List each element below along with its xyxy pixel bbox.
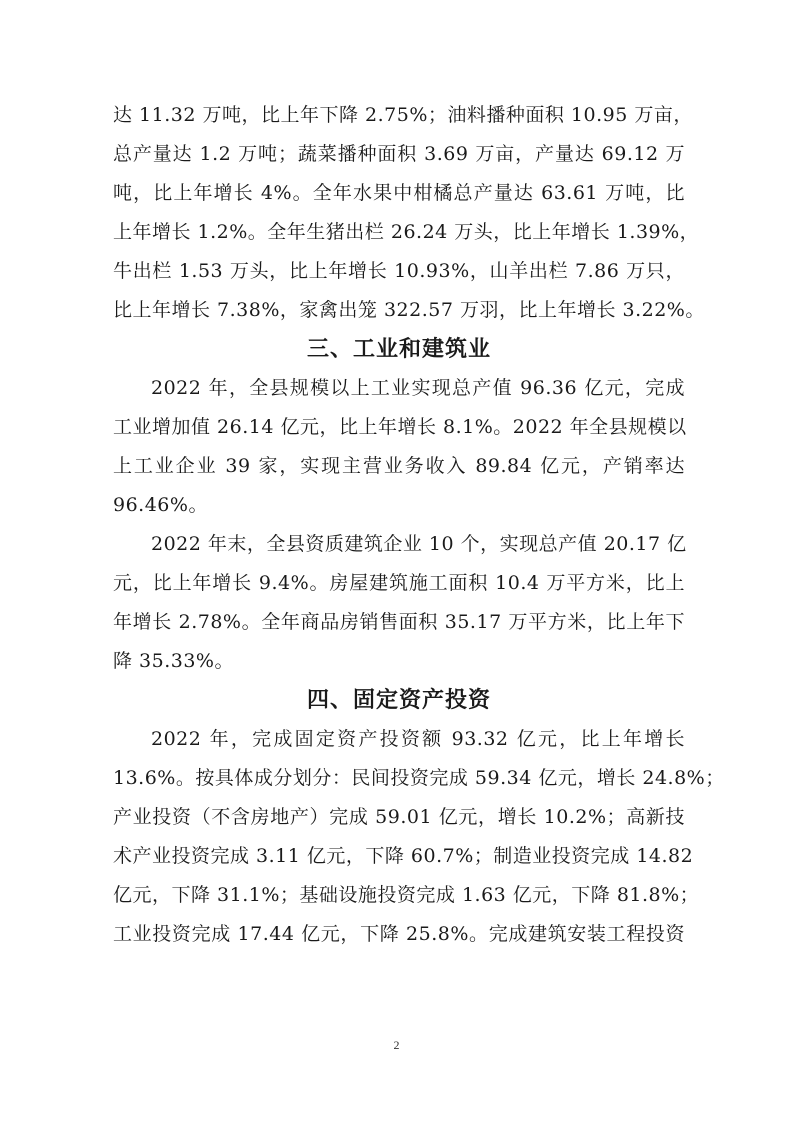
text-line: 元，比上年增长 9.4%。房屋建筑施工面积 10.4 万平方米，比上 [113,564,685,603]
text-line: 术产业投资完成 3.11 亿元，下降 60.7%；制造业投资完成 14.82 [113,837,685,876]
paragraph-construction: 2022 年末，全县资质建筑企业 10 个，实现总产值 20.17 亿 元，比上… [113,525,685,681]
text-line: 上工业企业 39 家，实现主营业务收入 89.84 亿元，产销率达 [113,447,685,486]
text-line: 吨，比上年增长 4%。全年水果中柑橘总产量达 63.61 万吨，比 [113,174,685,213]
paragraph-industry: 2022 年，全县规模以上工业实现总产值 96.36 亿元，完成 工业增加值 2… [113,369,685,525]
paragraph-investment: 2022 年，完成固定资产投资额 93.32 亿元，比上年增长 13.6%。按具… [113,720,685,954]
text-line: 牛出栏 1.53 万头，比上年增长 10.93%，山羊出栏 7.86 万只， [113,252,685,291]
text-line: 亿元，下降 31.1%；基础设施投资完成 1.63 亿元，下降 81.8%； [113,876,685,915]
text-line: 总产量达 1.2 万吨；蔬菜播种面积 3.69 万亩，产量达 69.12 万 [113,135,685,174]
section-heading-industry-construction: 三、工业和建筑业 [113,330,685,369]
text-line: 比上年增长 7.38%，家禽出笼 322.57 万羽，比上年增长 3.22%。 [113,291,685,330]
text-line: 达 11.32 万吨，比上年下降 2.75%；油料播种面积 10.95 万亩， [113,96,685,135]
text-line: 产业投资（不含房地产）完成 59.01 亿元，增长 10.2%；高新技 [113,798,685,837]
paragraph-agriculture-continued: 达 11.32 万吨，比上年下降 2.75%；油料播种面积 10.95 万亩， … [113,96,685,330]
text-line: 降 35.33%。 [113,642,685,681]
text-line: 96.46%。 [113,486,685,525]
text-line: 上年增长 1.2%。全年生猪出栏 26.24 万头，比上年增长 1.39%， [113,213,685,252]
text-line: 2022 年，完成固定资产投资额 93.32 亿元，比上年增长 [113,720,685,759]
text-line: 2022 年，全县规模以上工业实现总产值 96.36 亿元，完成 [113,369,685,408]
text-line: 13.6%。按具体成分划分：民间投资完成 59.34 亿元，增长 24.8%； [113,759,685,798]
document-page: 达 11.32 万吨，比上年下降 2.75%；油料播种面积 10.95 万亩， … [113,96,685,954]
text-line: 工业增加值 26.14 亿元，比上年增长 8.1%。2022 年全县规模以 [113,408,685,447]
text-line: 2022 年末，全县资质建筑企业 10 个，实现总产值 20.17 亿 [113,525,685,564]
text-line: 年增长 2.78%。全年商品房销售面积 35.17 万平方米，比上年下 [113,603,685,642]
section-heading-fixed-asset-investment: 四、固定资产投资 [113,681,685,720]
page-number: 2 [0,1038,793,1053]
text-line: 工业投资完成 17.44 亿元，下降 25.8%。完成建筑安装工程投资 [113,915,685,954]
